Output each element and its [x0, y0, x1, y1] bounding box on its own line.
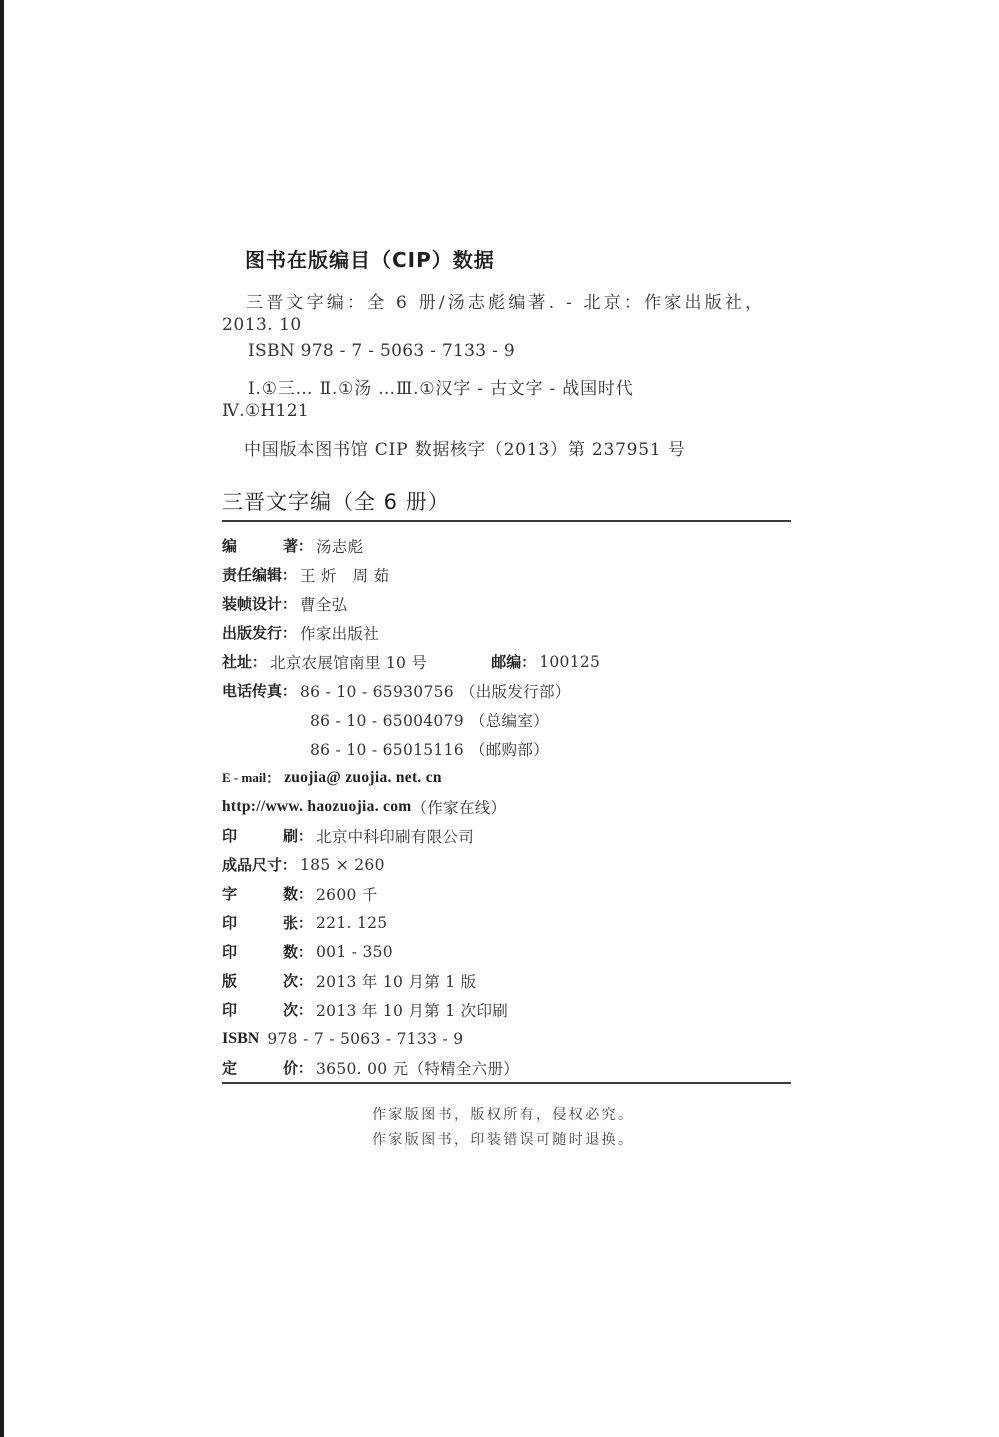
detail-label: 编 著 — [222, 535, 298, 556]
detail-value: 王 炘 周 茹 — [300, 564, 389, 586]
detail-phone-extra: 86 - 10 - 65004079（总编室） — [222, 705, 792, 734]
detail-label: 印 次 — [222, 999, 298, 1020]
detail-label: 定 价 — [222, 1057, 298, 1078]
detail-value: 100125 — [539, 653, 600, 671]
detail-value: 86 - 10 - 65015116（邮购部） — [310, 738, 549, 760]
detail-label: 成品尺寸 — [222, 854, 282, 875]
detail-email: E - mail： zuojia@ zuojia. net. cn — [222, 763, 792, 792]
detail-value: 汤志彪 — [316, 535, 363, 557]
detail-editors: 责任编辑： 王 炘 周 茹 — [222, 560, 792, 589]
detail-label: E - mail — [222, 770, 266, 786]
detail-label: 装帧设计 — [222, 593, 282, 614]
detail-author: 编 著 ： 汤志彪 — [222, 531, 792, 560]
detail-price: 定 价 ： 3650. 00 元（特精全六册） — [222, 1053, 792, 1082]
returns-note: 作家版图书，印装错误可随时退换。 — [372, 1129, 634, 1149]
detail-value: 185 × 260 — [300, 856, 385, 874]
detail-value: 曹全弘 — [300, 593, 347, 615]
book-title: 三晋文字编（全 6 册） — [222, 486, 450, 516]
detail-label: 版 次 — [222, 970, 298, 991]
cip-isbn-line: ISBN 978 - 7 - 5063 - 7133 - 9 — [248, 341, 515, 361]
cip-date-line: 2013. 10 — [222, 315, 302, 335]
detail-value: 3650. 00 元（特精全六册） — [316, 1057, 519, 1079]
detail-value: 221. 125 — [316, 914, 387, 932]
detail-value: 2013 年 10 月第 1 次印刷 — [316, 999, 508, 1021]
cip-title-line: 三晋文字编：全 6 册/汤志彪编著. - 北京：作家出版社， — [246, 288, 765, 313]
colophon-details: 编 著 ： 汤志彪 责任编辑： 王 炘 周 茹 装帧设计： 曹全弘 出版发行： … — [222, 531, 792, 1082]
detail-value: （作家在线） — [412, 796, 507, 818]
cip-classification-line: Ⅳ.①H121 — [222, 401, 309, 421]
detail-label: 字 数 — [222, 883, 298, 904]
divider-top — [222, 520, 791, 522]
detail-value: 978 - 7 - 5063 - 7133 - 9 — [267, 1030, 463, 1048]
detail-word-count: 字 数 ： 2600 千 — [222, 879, 792, 908]
detail-edition: 版 次 ： 2013 年 10 月第 1 版 — [222, 966, 792, 995]
detail-label: 出版发行 — [222, 622, 282, 643]
detail-value: 001 - 350 — [316, 943, 393, 961]
detail-printer: 印 刷 ： 北京中科印刷有限公司 — [222, 821, 792, 850]
detail-sheets: 印 张 ： 221. 125 — [222, 908, 792, 937]
detail-address: 社址： 北京农展馆南里 10 号 邮编： 100125 — [222, 647, 792, 676]
detail-label: ISBN — [222, 1030, 259, 1048]
cip-subject-line: Ⅰ.①三… Ⅱ.①汤 …Ⅲ.①汉字 - 古文字 - 战国时代 — [248, 374, 634, 399]
detail-value: 北京农展馆南里 10 号 — [270, 651, 427, 673]
detail-label: 社址 — [222, 651, 252, 672]
detail-website: http://www. haozuojia. com （作家在线） — [222, 792, 792, 821]
detail-label: 责任编辑 — [222, 564, 282, 585]
detail-postcode: 邮编： 100125 — [491, 651, 600, 672]
detail-designer: 装帧设计： 曹全弘 — [222, 589, 792, 618]
detail-label: 印 数 — [222, 941, 298, 962]
detail-label: 邮编 — [491, 651, 521, 672]
detail-label: 电话传真 — [222, 680, 282, 701]
detail-value: 北京中科印刷有限公司 — [316, 825, 474, 847]
page-left-edge — [0, 0, 4, 1437]
detail-value: 86 - 10 - 65930756（出版发行部） — [300, 680, 571, 702]
detail-size: 成品尺寸： 185 × 260 — [222, 850, 792, 879]
detail-print-run: 印 数 ： 001 - 350 — [222, 937, 792, 966]
cip-record-number: 中国版本图书馆 CIP 数据核字（2013）第 237951 号 — [244, 435, 686, 460]
detail-label: 印 刷 — [222, 825, 298, 846]
copyright-note: 作家版图书，版权所有，侵权必究。 — [372, 1104, 634, 1124]
detail-isbn: ISBN 978 - 7 - 5063 - 7133 - 9 — [222, 1024, 792, 1053]
detail-phone-extra: 86 - 10 - 65015116（邮购部） — [222, 734, 792, 763]
detail-value: 2013 年 10 月第 1 版 — [316, 970, 476, 992]
email-link[interactable]: zuojia@ zuojia. net. cn — [284, 769, 442, 787]
website-link[interactable]: http://www. haozuojia. com — [222, 798, 412, 816]
detail-label: 印 张 — [222, 912, 298, 933]
divider-bottom — [222, 1082, 791, 1084]
detail-value: 86 - 10 - 65004079（总编室） — [310, 709, 549, 731]
cip-heading: 图书在版编目（CIP）数据 — [245, 244, 495, 273]
detail-value: 2600 千 — [316, 883, 378, 905]
detail-phone: 电话传真： 86 - 10 - 65930756（出版发行部） — [222, 676, 792, 705]
detail-value: 作家出版社 — [300, 622, 379, 644]
detail-impression: 印 次 ： 2013 年 10 月第 1 次印刷 — [222, 995, 792, 1024]
detail-publisher: 出版发行： 作家出版社 — [222, 618, 792, 647]
